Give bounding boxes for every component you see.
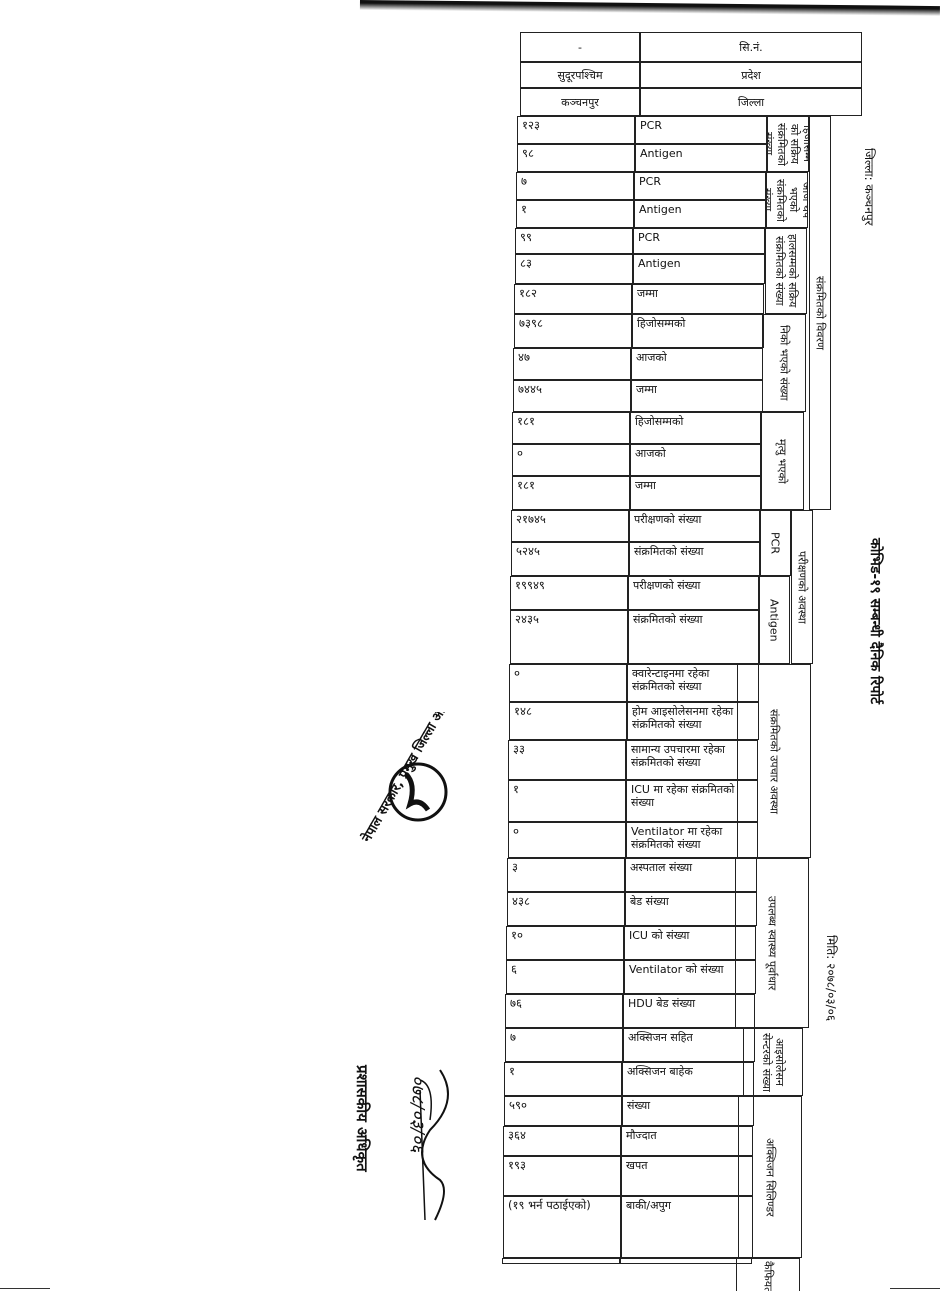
table-value-cell: २४३५ <box>510 610 628 664</box>
table-value-cell: (१९ भर्न पठाईएको) <box>503 1196 621 1258</box>
table-label-cell: PCR <box>635 116 767 144</box>
table-label-cell: आजको <box>630 444 762 476</box>
table-value-cell: १ <box>504 1062 622 1096</box>
table-label-cell: खपत <box>621 1156 753 1196</box>
table-label-cell: Antigen <box>635 144 767 172</box>
table-value-cell: ३ <box>507 858 625 892</box>
table-value-cell: ८३ <box>515 254 633 284</box>
table-value-cell: १८२ <box>514 284 632 314</box>
table-value-cell: ० <box>512 444 630 476</box>
table-label-cell: मौज्दात <box>621 1126 753 1156</box>
group-header-testing-status: परीक्षणको अवस्था <box>791 510 813 664</box>
table-value-cell: १९३ <box>503 1156 621 1196</box>
signatory-title: प्रशासकीय अधिकृत <box>352 1065 372 1172</box>
table-label-cell: अक्सिजन सहित <box>623 1028 755 1062</box>
table-label-cell: परीक्षणको संख्या <box>628 576 760 610</box>
group-header-isolation-centers: आइसोलेसन सेन्टरको संख्या <box>743 1028 803 1096</box>
table-label-cell: परीक्षणको संख्या <box>629 510 761 542</box>
table-value-cell: ७३९८ <box>514 314 632 348</box>
table-value-cell: ७ <box>516 172 634 200</box>
table-label-cell: संक्रमितको संख्या <box>628 610 760 664</box>
table-label-cell: हिजोसम्मको <box>632 314 764 348</box>
table-value-cell: १२३ <box>517 116 635 144</box>
group-header-oxygen-cylinders: अक्सिजन सिलिण्डर <box>738 1096 802 1258</box>
header-label: प्रदेश <box>640 62 862 88</box>
header-value: सुदूरपश्चिम <box>520 62 640 88</box>
table-value-cell: ७४४५ <box>513 380 631 412</box>
group-header-yesterday-active: हिजोसम्म को सक्रिय संक्रमितको संख्या <box>767 116 809 172</box>
table-label-cell: आजको <box>631 348 763 380</box>
table-value-cell: ४३८ <box>507 892 625 926</box>
group-header-current-active: हालसम्मको सक्रिय संक्रमितको संख्या <box>765 228 807 314</box>
table-label-cell: जम्मा <box>630 476 762 510</box>
group-header-health-infrastructure: उपलब्ध स्वास्थ्य पूर्वाधार <box>735 858 809 1028</box>
table-label-cell <box>620 1258 752 1264</box>
table-value-cell: १८१ <box>512 412 630 444</box>
table-value-cell: ९९ <box>515 228 633 254</box>
table-value-cell: ३६४ <box>503 1126 621 1156</box>
table-value-cell: ५९० <box>504 1096 622 1126</box>
header-label: जिल्ला <box>640 88 862 116</box>
table-value-cell: ० <box>508 822 626 858</box>
table-value-cell: १ <box>508 780 626 822</box>
table-value-cell: ० <box>509 664 627 702</box>
table-label-cell: हिजोसम्मको <box>630 412 762 444</box>
group-header-deaths: मृत्यु भएको <box>760 412 804 510</box>
table-label-cell: जम्मा <box>631 380 763 412</box>
signature-date: ०७८/०३/०६ <box>406 1075 430 1153</box>
header-label: सि.नं. <box>640 32 862 62</box>
table-label-cell: Antigen <box>634 200 766 228</box>
table-label-cell: संक्रमितको संख्या <box>629 542 761 576</box>
table-label-cell: PCR <box>634 172 766 200</box>
group-header-infection-details: संक्रमितको विवरण <box>809 116 831 510</box>
table-value-cell: १८१ <box>512 476 630 510</box>
table-label-cell: अक्सिजन बाहेक <box>622 1062 754 1096</box>
table-label-cell: संख्या <box>622 1096 754 1126</box>
table-label-cell: जम्मा <box>632 284 764 314</box>
header-value: कञ्चनपुर <box>520 88 640 116</box>
group-header-treatment-status: संक्रमितको उपचार अवस्था <box>737 664 811 858</box>
header-value: - <box>520 32 640 62</box>
table-value-cell: १४८ <box>509 702 627 740</box>
table-value-cell: १० <box>506 926 624 960</box>
group-header-recovered: निको भएको संख्या <box>762 314 806 412</box>
scan-edge <box>360 0 940 16</box>
table-value-cell: ५२४५ <box>511 542 629 576</box>
table-value-cell <box>502 1258 620 1264</box>
table-label-cell: PCR <box>633 228 765 254</box>
table-value-cell: ६ <box>506 960 624 994</box>
table-value-cell: १९९४९ <box>510 576 628 610</box>
scan-mark <box>0 1288 50 1289</box>
group-header-remarks: कैफियत <box>736 1258 800 1291</box>
group-header-antigen: Antigen <box>758 576 790 664</box>
report-table: -सि.नं.सुदूरपश्चिमप्रदेशकञ्चनपुरजिल्ला१२… <box>465 32 865 1262</box>
table-value-cell: ७६ <box>505 994 623 1028</box>
group-header-pcr: PCR <box>759 510 791 576</box>
table-label-cell: बाकी/अपुग <box>621 1196 753 1258</box>
table-value-cell: ९८ <box>517 144 635 172</box>
table-value-cell: ३३ <box>508 740 626 780</box>
official-stamp: नेपाल सरकार, प्रमुख जिल्ला अधिकारी, जिल्… <box>318 712 458 862</box>
scan-mark <box>890 1288 940 1289</box>
table-value-cell: १ <box>516 200 634 228</box>
table-value-cell: २१७४५ <box>511 510 629 542</box>
table-value-cell: ४७ <box>513 348 631 380</box>
group-header-today-added: आज थप भएको संक्रमितको संख्या <box>766 172 808 228</box>
table-label-cell: Antigen <box>633 254 765 284</box>
table-value-cell: ७ <box>505 1028 623 1062</box>
document-title: कोभिड-१९ सम्बन्धी दैनिक रिपोर्ट <box>866 538 885 704</box>
